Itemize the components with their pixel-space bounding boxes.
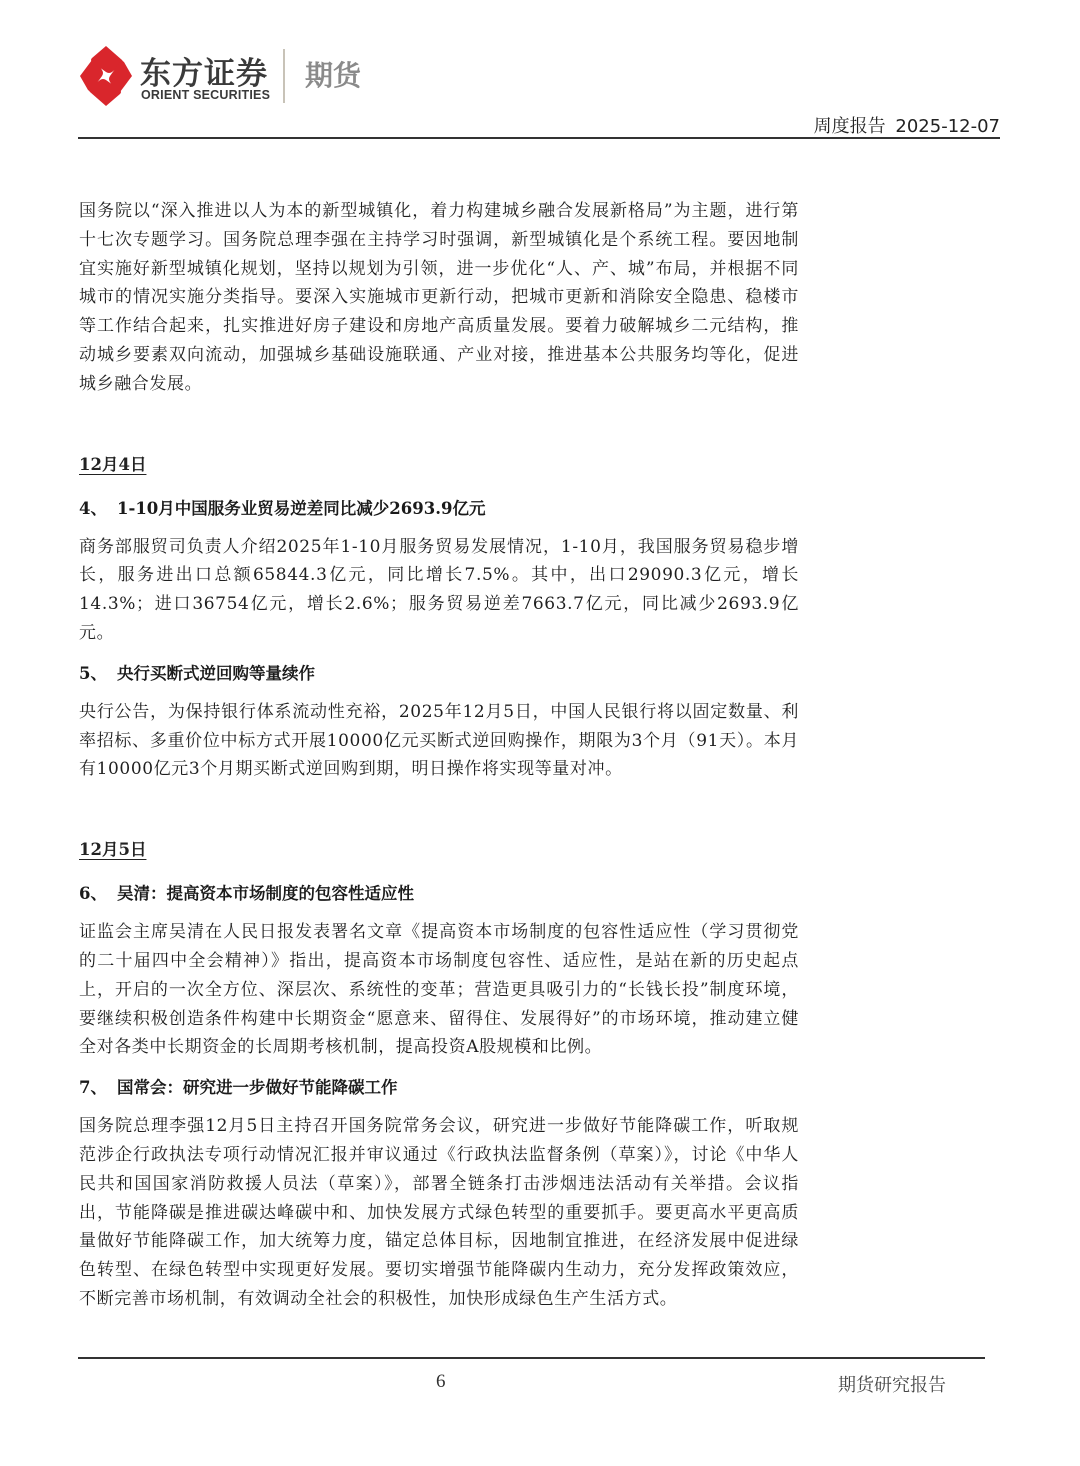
item-number: 6、 — [79, 880, 117, 904]
section-dec-5: 12月5日 6、 吴清：提高资本市场制度的包容性适应性 证监会主席吴清在人民日报… — [79, 836, 799, 1314]
report-date: 2025-12-07 — [895, 116, 1000, 137]
header-divider — [78, 137, 1000, 139]
item-body: 商务部服贸司负责人介绍2025年1-10月服务贸易发展情况，1-10月，我国服务… — [79, 533, 799, 648]
footer-divider — [78, 1357, 985, 1359]
date-heading: 12月4日 — [79, 451, 146, 475]
item-heading: 4、 1-10月中国服务业贸易逆差同比减少2693.9亿元 — [79, 495, 799, 519]
page-number: 6 — [436, 1371, 446, 1393]
item-number: 7、 — [79, 1074, 117, 1098]
item-body: 证监会主席吴清在人民日报发表署名文章《提高资本市场制度的包容性适应性（学习贯彻党… — [79, 918, 799, 1062]
item-heading: 5、 央行买断式逆回购等量续作 — [79, 660, 799, 684]
report-type: 周度报告 — [814, 116, 886, 137]
item-heading: 6、 吴清：提高资本市场制度的包容性适应性 — [79, 880, 799, 904]
item-number: 4、 — [79, 495, 117, 519]
brand-subtitle: 期货 — [305, 54, 361, 94]
item-title: 1-10月中国服务业贸易逆差同比减少2693.9亿元 — [117, 495, 485, 519]
document-body: 国务院以“深入推进以人为本的新型城镇化，着力构建城乡融合发展新格局”为主题，进行… — [79, 197, 799, 1314]
brand-divider — [283, 49, 285, 103]
news-item: 5、 央行买断式逆回购等量续作 央行公告，为保持银行体系流动性充裕，2025年1… — [79, 660, 799, 784]
orient-securities-logo-icon — [78, 44, 134, 108]
item-title: 国常会：研究进一步做好节能降碳工作 — [117, 1074, 398, 1098]
news-item: 6、 吴清：提高资本市场制度的包容性适应性 证监会主席吴清在人民日报发表署名文章… — [79, 880, 799, 1062]
date-heading: 12月5日 — [79, 836, 146, 860]
item-heading: 7、 国常会：研究进一步做好节能降碳工作 — [79, 1074, 799, 1098]
footer-label: 期货研究报告 — [838, 1371, 946, 1397]
item-number: 5、 — [79, 660, 117, 684]
news-item: 4、 1-10月中国服务业贸易逆差同比减少2693.9亿元 商务部服贸司负责人介… — [79, 495, 799, 648]
report-meta: 周度报告 2025-12-07 — [814, 112, 1000, 138]
item-body: 央行公告，为保持银行体系流动性充裕，2025年12月5日，中国人民银行将以固定数… — [79, 698, 799, 784]
item-title: 央行买断式逆回购等量续作 — [117, 660, 315, 684]
news-item: 7、 国常会：研究进一步做好节能降碳工作 国务院总理李强12月5日主持召开国务院… — [79, 1074, 799, 1314]
section-dec-4: 12月4日 4、 1-10月中国服务业贸易逆差同比减少2693.9亿元 商务部服… — [79, 451, 799, 785]
item-body: 国务院总理李强12月5日主持召开国务院常务会议，研究进一步做好节能降碳工作，听取… — [79, 1112, 799, 1314]
intro-paragraph: 国务院以“深入推进以人为本的新型城镇化，着力构建城乡融合发展新格局”为主题，进行… — [79, 197, 799, 399]
brand-name-cn: 东方证券 — [140, 48, 268, 93]
brand-name-en: ORIENT SECURITIES — [141, 88, 270, 102]
item-title: 吴清：提高资本市场制度的包容性适应性 — [117, 880, 414, 904]
